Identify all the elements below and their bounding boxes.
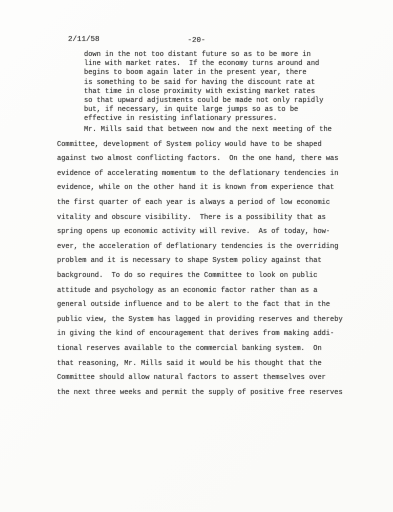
body-line: the first quarter of each year is always… [57,196,343,211]
body-line: tional reserves available to the commerc… [57,342,343,357]
body-line: attitude and psychology as an economic f… [57,284,343,299]
body-line: in giving the kind of encouragement that… [57,327,343,342]
body-line: Committee should allow natural factors t… [57,371,343,386]
header-page-number: -20- [0,37,393,45]
body-line: background. To do so requires the Commit… [57,269,343,284]
body-line: evidence, while on the other hand it is … [57,181,343,196]
body-line: Mr. Mills said that between now and the … [57,123,343,138]
block-quote: down in the not too distant future so as… [84,51,323,125]
body-line: Committee, development of System policy … [57,138,343,153]
body-line: ever, the acceleration of deflationary t… [57,240,343,255]
quote-line: so that upward adjustments could be made… [84,97,323,106]
document-page: 2/11/58 -20- down in the not too distant… [0,0,393,512]
body-paragraph: Mr. Mills said that between now and the … [57,123,343,400]
body-line: that reasoning, Mr. Mills said it would … [57,357,343,372]
body-line: against two almost conflicting factors. … [57,152,343,167]
body-line: public view, the System has lagged in pr… [57,313,343,328]
body-line: problem and it is necessary to shape Sys… [57,254,343,269]
page-header: 2/11/58 -20- [0,36,393,48]
quote-line: down in the not too distant future so as… [84,51,323,60]
body-line: spring opens up economic activity will r… [57,225,343,240]
body-line: evidence of accelerating momentum to the… [57,167,343,182]
body-line: the next three weeks and permit the supp… [57,386,343,401]
body-line: general outside influence and to be aler… [57,298,343,313]
body-line: vitality and obscure visibility. There i… [57,211,343,226]
quote-line: that time in close proximity with existi… [84,88,323,97]
quote-line: begins to boom again later in the presen… [84,69,323,78]
quote-line: is something to be said for having the d… [84,79,323,88]
